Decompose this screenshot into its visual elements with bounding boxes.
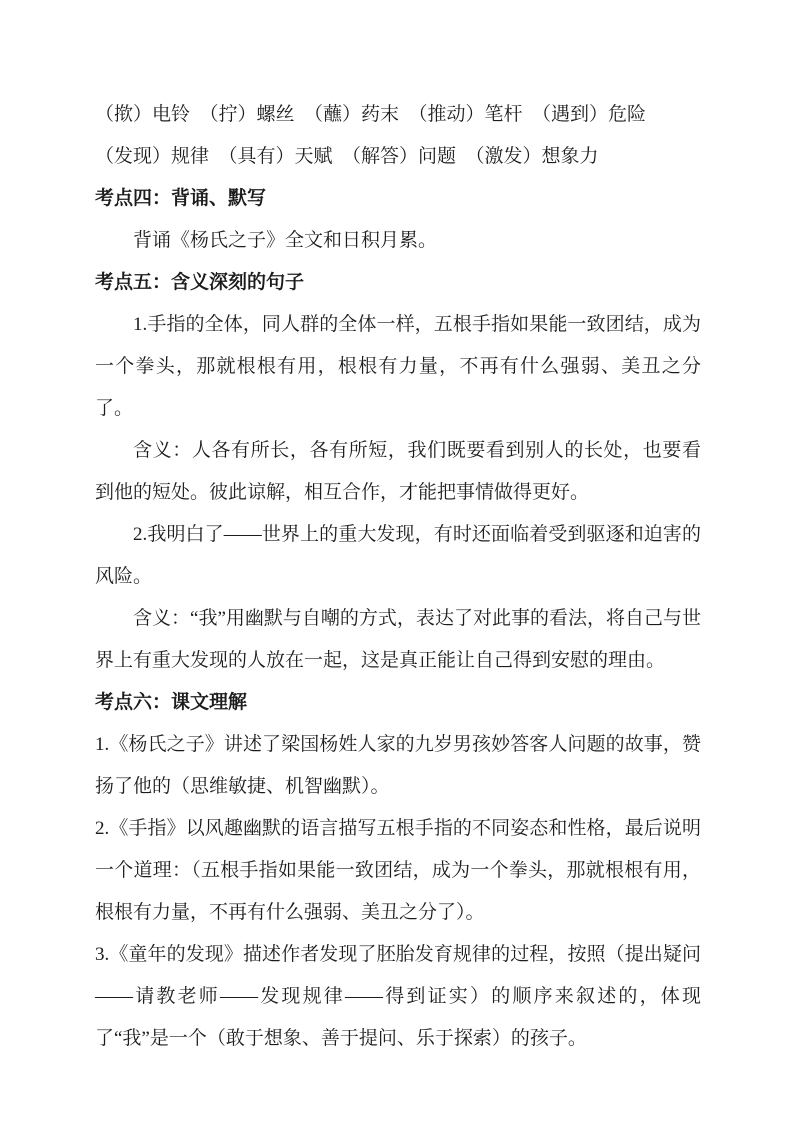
paragraph-sentence-1: 1.手指的全体，同人群的全体一样，五根手指如果能一致团结，成为一个拳头，那就根根… [95,304,701,430]
section-heading-kaodian-5: 考点五：含义深刻的句子 [95,262,701,304]
paragraph-text-understanding-2: 2.《手指》以风趣幽默的语言描写五根手指的不同姿态和性格，最后说明一个道理：（五… [95,808,701,934]
section-heading-kaodian-6: 考点六：课文理解 [95,682,701,724]
paragraph-sentence-2: 2.我明白了——世界上的重大发现，有时还面临着受到驱逐和迫害的风险。 [95,514,701,598]
document-body: （揿）电铃 （拧）螺丝 （蘸）药末 （推动）笔杆 （遇到）危险 （发现）规律 （… [95,94,701,1060]
word-pair-row-2: （发现）规律 （具有）天赋 （解答）问题 （激发）想象力 [95,136,701,178]
document-page: （揿）电铃 （拧）螺丝 （蘸）药末 （推动）笔杆 （遇到）危险 （发现）规律 （… [0,0,793,1122]
paragraph-recitation: 背诵《杨氏之子》全文和日积月累。 [95,220,701,262]
paragraph-text-understanding-1: 1.《杨氏之子》讲述了梁国杨姓人家的九岁男孩妙答客人问题的故事，赞扬了他的（思维… [95,724,701,808]
section-heading-kaodian-4: 考点四：背诵、默写 [95,178,701,220]
paragraph-meaning-1: 含义：人各有所长，各有所短，我们既要看到别人的长处，也要看到他的短处。彼此谅解，… [95,430,701,514]
word-pair-row-1: （揿）电铃 （拧）螺丝 （蘸）药末 （推动）笔杆 （遇到）危险 [95,94,701,136]
paragraph-meaning-2: 含义：“我”用幽默与自嘲的方式，表达了对此事的看法，将自己与世界上有重大发现的人… [95,598,701,682]
paragraph-text-understanding-3: 3.《童年的发现》描述作者发现了胚胎发育规律的过程，按照（提出疑问——请教老师—… [95,934,701,1060]
